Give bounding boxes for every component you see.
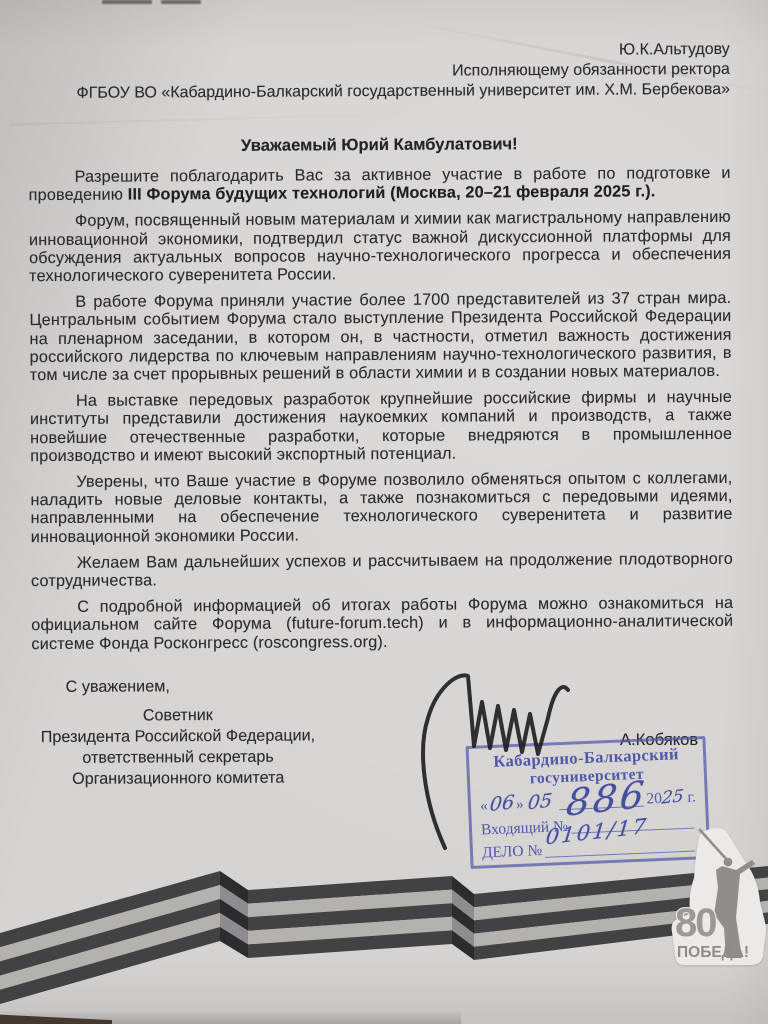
signer-title-block: Советник Президента Российской Федерации… xyxy=(32,704,325,790)
paragraph-1: Разрешите поблагодарить Вас за активное … xyxy=(28,164,730,205)
paragraph-3: В работе Форума приняли участие более 17… xyxy=(29,289,732,384)
ribbon-segment-right xyxy=(474,866,768,960)
handwritten-day: 06 xyxy=(489,791,516,816)
paragraph-4: На выставке передовых разработок крупней… xyxy=(30,388,732,465)
regards-line: С уважением, xyxy=(66,674,734,697)
signer-title-line: Советник xyxy=(32,704,324,727)
registration-stamp: Кабардино-Балкарский госуниверситет «06»… xyxy=(466,736,711,869)
addressee-org: ФГБОУ ВО «Кабардино-Балкарский государст… xyxy=(28,80,730,104)
ribbon-fold-1 xyxy=(220,871,248,958)
emblem-caption: ПОБЕДА! xyxy=(677,944,749,961)
paragraph-5: Уверены, что Ваше участие в Форуме позво… xyxy=(30,469,732,546)
paragraph-7: С подробной информацией об итогах работы… xyxy=(31,594,733,653)
letter-body: Разрешите поблагодарить Вас за активное … xyxy=(28,164,733,653)
ribbon-segment-left xyxy=(0,871,220,1004)
stamp-case-label: ДЕЛО № xyxy=(482,842,543,863)
letter-photo: Ю.К.Альтудову Исполняющему обязанности р… xyxy=(0,0,768,1024)
signer-title-line: Организационного комитета xyxy=(32,767,324,790)
signer-title-line: Президента Российской Федерации, xyxy=(32,725,324,748)
stamp-year-printed: 20 xyxy=(646,790,662,809)
paragraph-2: Форум, посвященный новым материалам и хи… xyxy=(29,208,731,285)
ribbon-fold-2 xyxy=(452,876,474,960)
emblem-number: 80 xyxy=(675,901,716,945)
paragraph-6: Желаем Вам дальнейших успехов и рассчиты… xyxy=(31,550,733,591)
signer-title-line: ответственный секретарь xyxy=(32,746,324,769)
addressee-block: Ю.К.Альтудову Исполняющему обязанности р… xyxy=(28,40,730,104)
ribbon-segment-middle xyxy=(248,876,452,958)
stamp-year-suffix: г. xyxy=(687,788,696,806)
cut-off-text-fragment xyxy=(102,0,201,4)
letter-content: Ю.К.Альтудову Исполняющему обязанности р… xyxy=(28,40,735,790)
handwritten-month: 05 xyxy=(526,790,553,815)
salutation: Уважаемый Юрий Камбулатович! xyxy=(28,133,730,157)
handwritten-year: 25 xyxy=(661,786,685,808)
